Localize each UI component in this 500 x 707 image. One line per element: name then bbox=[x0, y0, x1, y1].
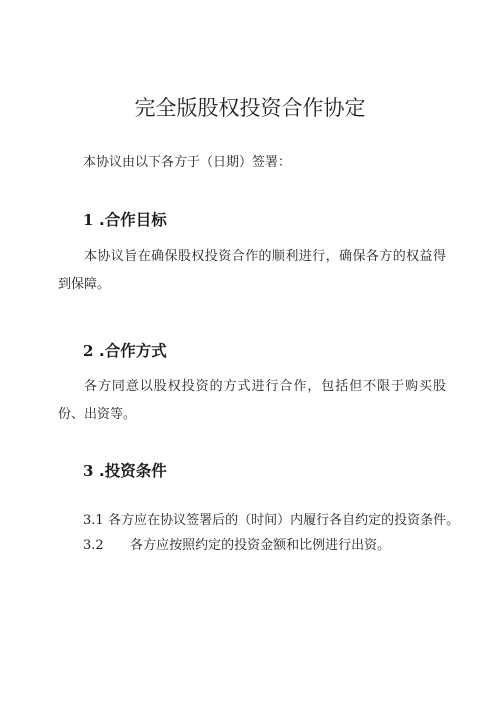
section-3-title: .投资条件 bbox=[99, 462, 167, 480]
clause-3-1-text: 各方应在协议签署后的（时间）内履行各自约定的投资条件。 bbox=[108, 513, 459, 528]
section-1-number: 1 bbox=[83, 211, 93, 229]
section-1-heading: 1 .合作目标 bbox=[83, 208, 167, 230]
section-3-number: 3 bbox=[83, 462, 93, 480]
section-1-title: .合作目标 bbox=[99, 211, 167, 229]
section-2-title: .合作方式 bbox=[99, 342, 167, 360]
clause-3-2: 3.2 各方应按照约定的投资金额和比例进行出资。 bbox=[83, 534, 390, 553]
intro-paragraph: 本协议由以下各方于（日期）签署： bbox=[83, 151, 291, 170]
section-2-number: 2 bbox=[83, 342, 93, 360]
document-title: 完全版股权投资合作协定 bbox=[0, 92, 500, 122]
clause-3-2-number: 3.2 bbox=[83, 538, 126, 553]
section-2-body: 各方同意以股权投资的方式进行合作，包括但不限于购买股份、出资等。 bbox=[58, 373, 446, 429]
clause-3-1-number: 3.1 bbox=[83, 513, 104, 528]
section-1-body: 本协议旨在确保股权投资合作的顺利进行，确保各方的权益得到保障。 bbox=[58, 243, 446, 299]
document-page: 完全版股权投资合作协定 本协议由以下各方于（日期）签署： 1 .合作目标 本协议… bbox=[0, 0, 500, 707]
clause-3-1: 3.1 各方应在协议签署后的（时间）内履行各自约定的投资条件。 bbox=[83, 509, 459, 528]
section-2-heading: 2 .合作方式 bbox=[83, 339, 167, 361]
section-3-heading: 3 .投资条件 bbox=[83, 459, 167, 481]
clause-3-2-text: 各方应按照约定的投资金额和比例进行出资。 bbox=[130, 538, 390, 553]
